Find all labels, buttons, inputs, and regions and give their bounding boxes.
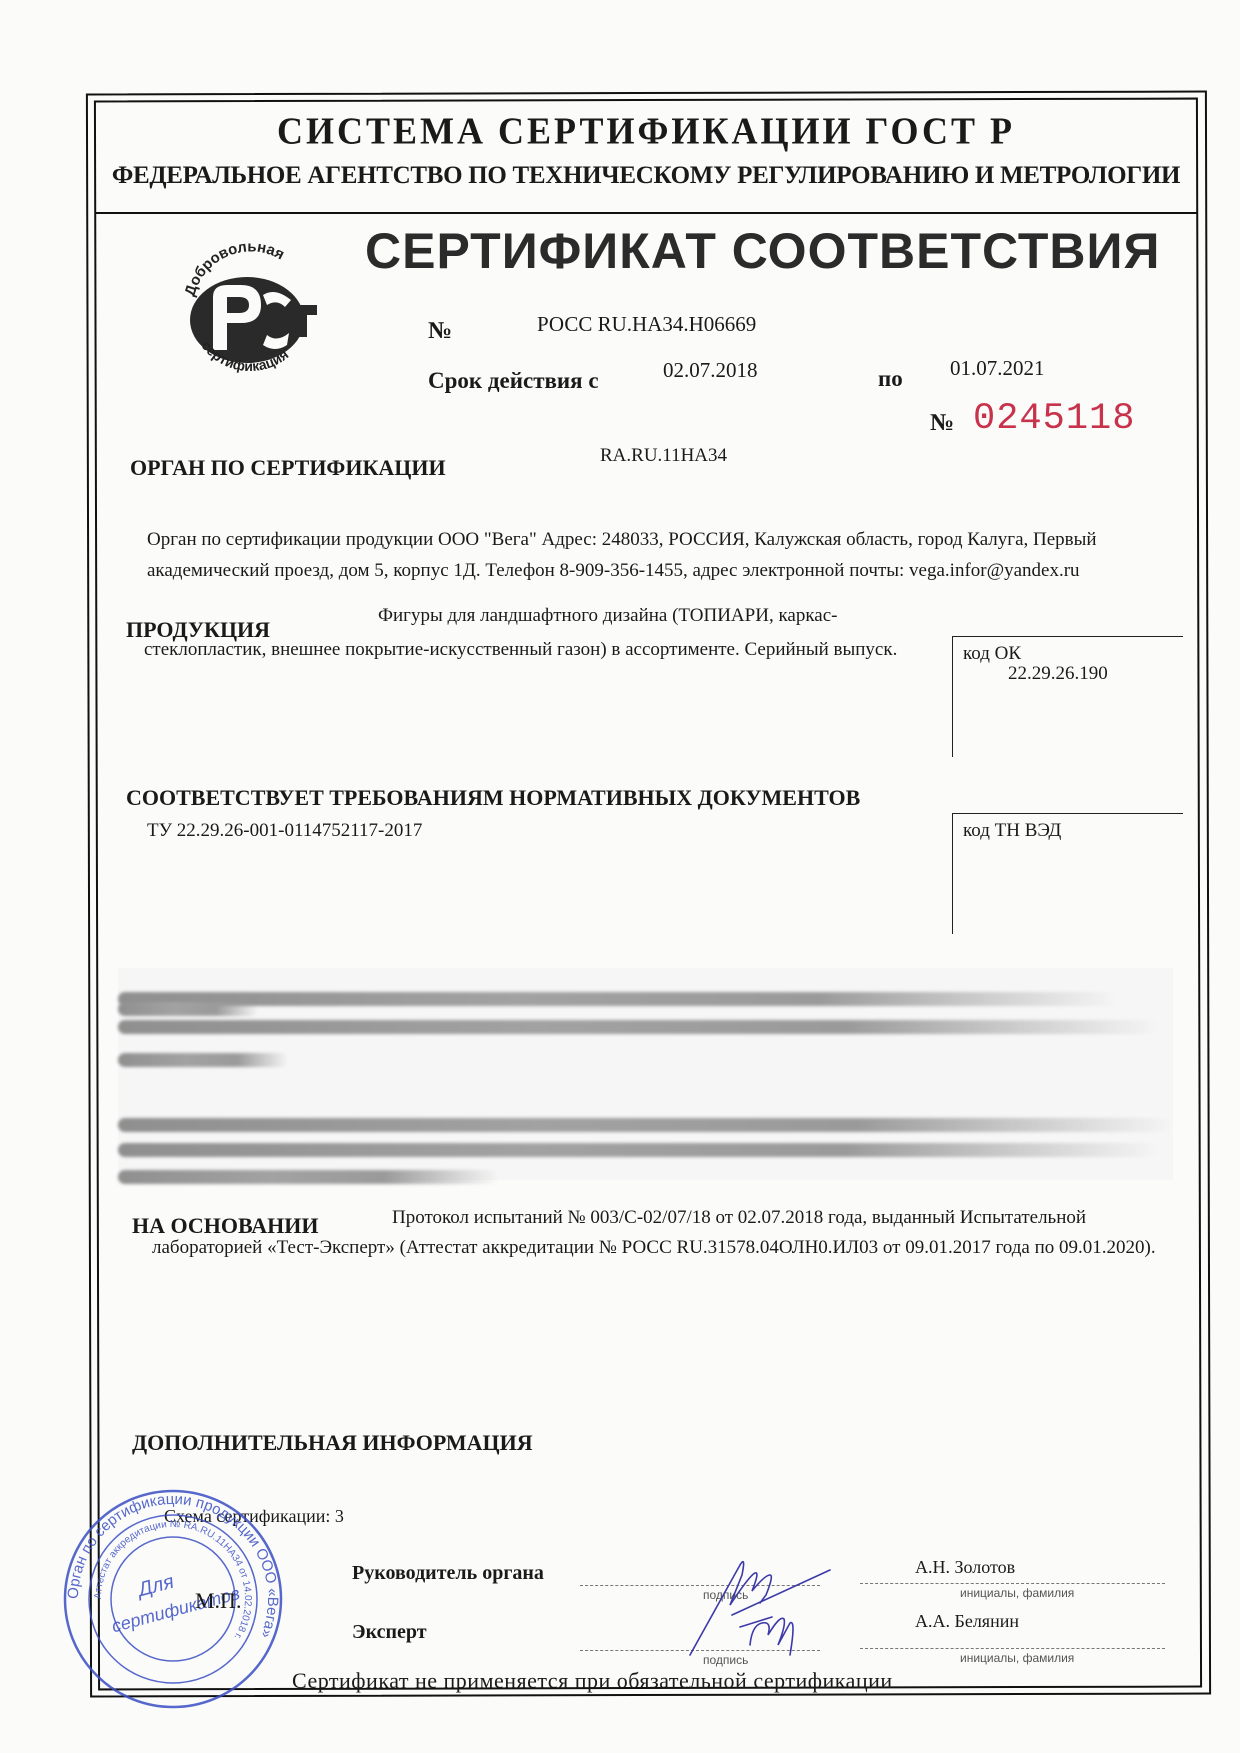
redacted-line xyxy=(118,1020,1158,1034)
head-label: Руководитель органа xyxy=(352,1562,544,1585)
redacted-line xyxy=(118,1118,1173,1132)
redacted-line xyxy=(118,1002,258,1016)
basis-line2: лабораторией «Тест-Эксперт» (Аттестат ак… xyxy=(152,1233,1182,1262)
conformity-label: СООТВЕТСТВУЕТ ТРЕБОВАНИЯМ НОРМАТИВНЫХ ДО… xyxy=(126,785,860,811)
valid-to-label: по xyxy=(878,366,903,392)
certificate-number: РОСС RU.НА34.Н06669 xyxy=(537,312,756,337)
redacted-line xyxy=(118,992,1118,1006)
rst-logo-icon: Добровольная сертификация xyxy=(175,235,325,385)
redacted-block xyxy=(118,968,1173,1180)
serial-sign: № xyxy=(930,410,954,437)
serial-number: 0245118 xyxy=(973,398,1135,440)
head-name-caption: инициалы, фамилия xyxy=(960,1586,1074,1600)
ok-code-box: код ОК 22.29.26.190 xyxy=(952,636,1183,757)
redacted-line xyxy=(118,1143,1158,1157)
system-title: СИСТЕМА СЕРТИФИКАЦИИ ГОСТ Р xyxy=(96,109,1196,153)
tnved-code-box: код ТН ВЭД xyxy=(952,813,1183,934)
certificate-title: СЕРТИФИКАТ СООТВЕТСТВИЯ xyxy=(365,222,1160,280)
valid-from-date: 02.07.2018 xyxy=(663,358,758,383)
handwritten-signature-icon xyxy=(680,1545,860,1675)
expert-label: Эксперт xyxy=(352,1621,427,1644)
product-description-line2: стеклопластик, внешнее покрытие-искусств… xyxy=(144,634,904,665)
certification-body-description: Орган по сертификации продукции ООО "Вег… xyxy=(147,524,1182,586)
additional-info-label: ДОПОЛНИТЕЛЬНАЯ ИНФОРМАЦИЯ xyxy=(132,1430,533,1456)
head-name: А.Н. Золотов xyxy=(915,1557,1015,1578)
number-sign: № xyxy=(428,318,452,345)
normative-document: ТУ 22.29.26-001-0114752117-2017 xyxy=(147,820,422,842)
tnved-code-label: код ТН ВЭД xyxy=(963,820,1061,842)
header-divider xyxy=(96,212,1198,214)
expert-name: А.А. Белянин xyxy=(915,1611,1019,1632)
head-name-line xyxy=(860,1583,1165,1584)
certification-body-label: ОРГАН ПО СЕРТИФИКАЦИИ xyxy=(130,455,446,481)
basis-line1: Протокол испытаний № 003/С-02/07/18 от 0… xyxy=(392,1207,1086,1229)
product-description-line1: Фигуры для ландшафтного дизайна (ТОПИАРИ… xyxy=(378,605,837,627)
footer-note: Сертификат не применяется при обязательн… xyxy=(292,1668,893,1694)
redacted-line xyxy=(118,1170,498,1184)
ok-code-label: код ОК xyxy=(963,643,1021,665)
seal-stamp-icon: Орган по сертификации продукции ООО «Вег… xyxy=(62,1488,284,1710)
stamp-place-label: М.П. xyxy=(195,1588,241,1614)
agency-name: ФЕДЕРАЛЬНОЕ АГЕНТСТВО ПО ТЕХНИЧЕСКОМУ РЕ… xyxy=(96,162,1196,190)
expert-name-caption: инициалы, фамилия xyxy=(960,1651,1074,1665)
expert-name-line xyxy=(860,1648,1165,1649)
redacted-line xyxy=(118,1053,288,1067)
valid-to-date: 01.07.2021 xyxy=(950,356,1045,381)
ok-code-value: 22.29.26.190 xyxy=(1008,663,1108,685)
certification-body-code: RA.RU.11НА34 xyxy=(600,445,727,467)
validity-label: Срок действия с xyxy=(428,368,599,394)
stamp-center-text-1: Для xyxy=(134,1571,177,1602)
